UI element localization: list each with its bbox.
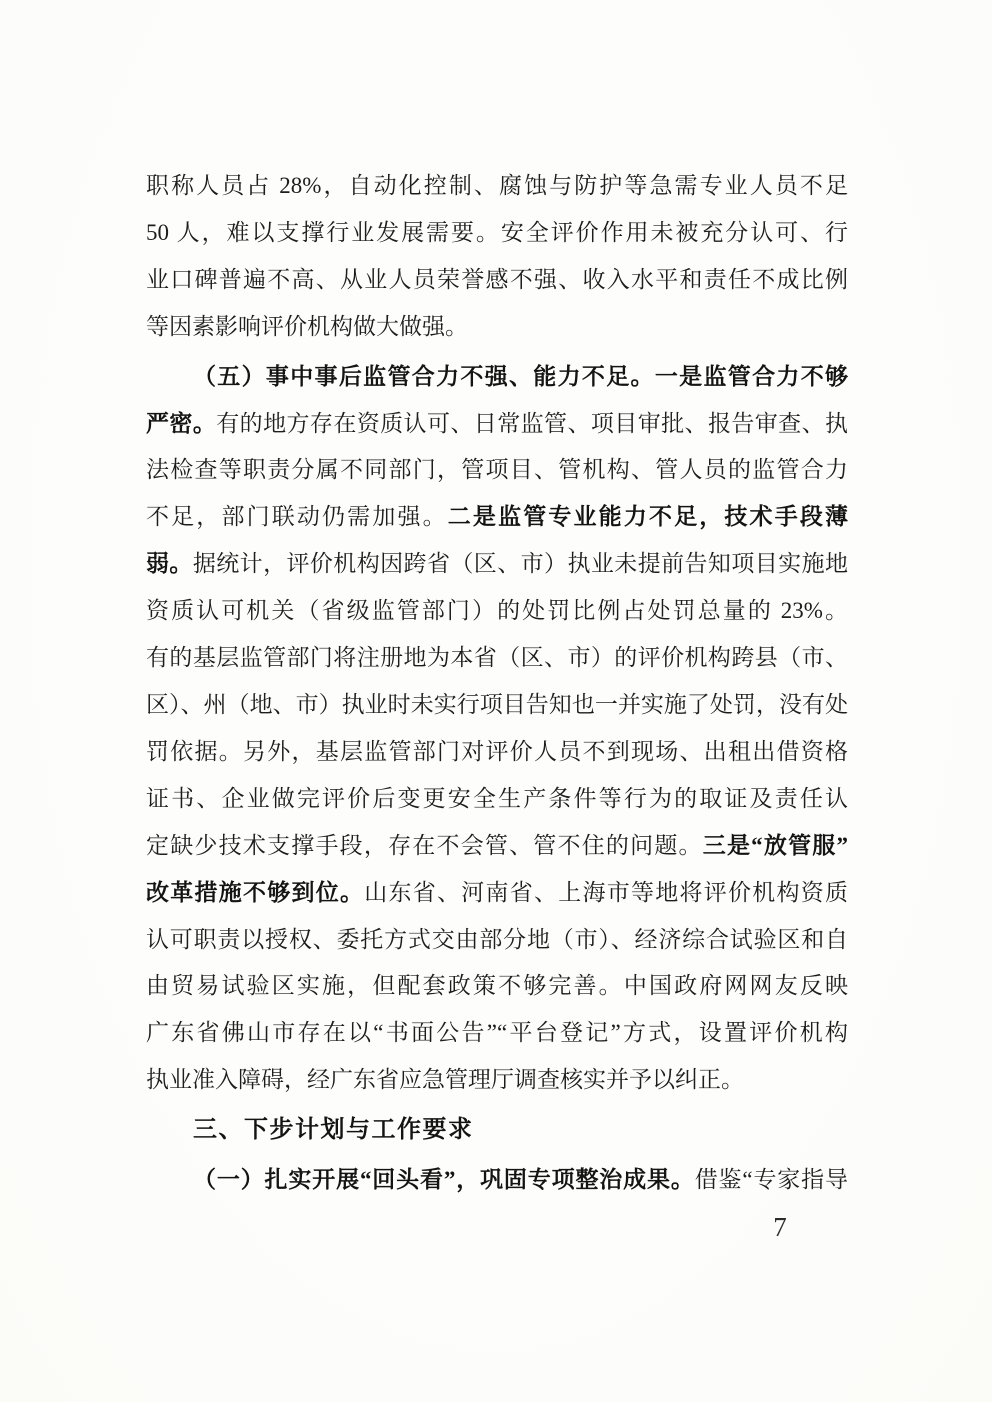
text-line: 等因素影响评价机构做大做强。 (146, 304, 848, 351)
text-line: 严密。有的地方存在资质认可、日常监管、项目审批、报告审查、执 (146, 401, 848, 448)
body-text: 区）、州（地、市）执业时未实行项目告知也一并实施了处罚，没有处 (146, 692, 848, 717)
text-line: 认可职责以授权、委托方式交由部分地（市）、经济综合试验区和自 (146, 917, 848, 964)
emphasis-text: （五）事中事后监管合力不强、能力不足。一是监管合力不够 (193, 364, 848, 389)
text-line: 三、下步计划与工作要求 (146, 1107, 848, 1154)
body-text: 执业准入障碍，经广东省应急管理厅调查核实并予以纠正。 (146, 1067, 744, 1092)
emphasis-text: （一）扎实开展“回头看”，巩固专项整治成果。 (193, 1167, 695, 1192)
emphasis-text: 严密。 (146, 411, 216, 436)
body-text: 50 人，难以支撑行业发展需要。安全评价作用未被充分认可、行 (146, 220, 848, 245)
body-text: 认可职责以授权、委托方式交由部分地（市）、经济综合试验区和自 (146, 927, 848, 952)
body-text: 等因素影响评价机构做大做强。 (146, 314, 468, 339)
text-line: 广东省佛山市存在以“书面公告”“平台登记”方式，设置评价机构 (146, 1010, 848, 1057)
body-text: 由贸易试验区实施，但配套政策不够完善。中国政府网网友反映 (146, 973, 848, 998)
emphasis-text: 三、下步计划与工作要求 (193, 1117, 474, 1143)
text-line: 弱。据统计，评价机构因跨省（区、市）执业未提前告知项目实施地 (146, 541, 848, 588)
text-line: 改革措施不够到位。山东省、河南省、上海市等地将评价机构资质 (146, 870, 848, 917)
body-text: 证书、企业做完评价后变更安全生产条件等行为的取证及责任认 (146, 786, 848, 811)
text-line: 资质认可机关（省级监管部门）的处罚比例占处罚总量的 23%。 (146, 588, 848, 635)
text-line: 罚依据。另外，基层监管部门对评价人员不到现场、出租出借资格 (146, 729, 848, 776)
emphasis-text: 改革措施不够到位。 (146, 880, 364, 905)
text-line: 由贸易试验区实施，但配套政策不够完善。中国政府网网友反映 (146, 963, 848, 1010)
body-text: 有的基层监管部门将注册地为本省（区、市）的评价机构跨县（市、 (146, 645, 848, 670)
text-line: 有的基层监管部门将注册地为本省（区、市）的评价机构跨县（市、 (146, 635, 848, 682)
text-line: 50 人，难以支撑行业发展需要。安全评价作用未被充分认可、行 (146, 210, 848, 257)
body-text: 资质认可机关（省级监管部门）的处罚比例占处罚总量的 23%。 (146, 598, 848, 623)
text-line: 定缺少技术支撑手段，存在不会管、管不住的问题。三是“放管服” (146, 823, 848, 870)
text-line: 业口碑普遍不高、从业人员荣誉感不强、收入水平和责任不成比例 (146, 257, 848, 304)
text-line: 证书、企业做完评价后变更安全生产条件等行为的取证及责任认 (146, 776, 848, 823)
body-text: 法检查等职责分属不同部门，管项目、管机构、管人员的监管合力 (146, 457, 848, 482)
text-line: （五）事中事后监管合力不强、能力不足。一是监管合力不够 (146, 354, 848, 401)
body-text: 广东省佛山市存在以“书面公告”“平台登记”方式，设置评价机构 (146, 1020, 848, 1045)
body-text: 定缺少技术支撑手段，存在不会管、管不住的问题。 (146, 833, 703, 858)
text-line: （一）扎实开展“回头看”，巩固专项整治成果。借鉴“专家指导 (146, 1157, 848, 1204)
para-staffing-shortage: 职称人员占 28%，自动化控制、腐蚀与防护等急需专业人员不足50 人，难以支撑行… (146, 163, 848, 351)
para-item-one: （一）扎实开展“回头看”，巩固专项整治成果。借鉴“专家指导 (146, 1157, 848, 1204)
page-number: 7 (756, 1212, 804, 1243)
emphasis-text: 二是监管专业能力不足，技术手段薄 (448, 504, 848, 529)
emphasis-text: 弱。 (146, 551, 193, 576)
body-text: 业口碑普遍不高、从业人员荣誉感不强、收入水平和责任不成比例 (146, 267, 848, 292)
text-line: 职称人员占 28%，自动化控制、腐蚀与防护等急需专业人员不足 (146, 163, 848, 210)
section-three-heading: 三、下步计划与工作要求 (146, 1107, 848, 1154)
body-text: 借鉴“专家指导 (695, 1167, 848, 1192)
body-text: 职称人员占 28%，自动化控制、腐蚀与防护等急需专业人员不足 (146, 173, 848, 198)
body-text: 不足，部门联动仍需加强。 (146, 504, 448, 529)
text-line: 执业准入障碍，经广东省应急管理厅调查核实并予以纠正。 (146, 1057, 848, 1104)
body-text: 山东省、河南省、上海市等地将评价机构资质 (364, 880, 848, 905)
emphasis-text: 三是“放管服” (703, 833, 848, 858)
document-body: 职称人员占 28%，自动化控制、腐蚀与防护等急需专业人员不足50 人，难以支撑行… (146, 163, 848, 1204)
text-line: 不足，部门联动仍需加强。二是监管专业能力不足，技术手段薄 (146, 494, 848, 541)
body-text: 据统计，评价机构因跨省（区、市）执业未提前告知项目实施地 (193, 551, 848, 576)
text-line: 法检查等职责分属不同部门，管项目、管机构、管人员的监管合力 (146, 447, 848, 494)
body-text: 罚依据。另外，基层监管部门对评价人员不到现场、出租出借资格 (146, 739, 848, 764)
text-line: 区）、州（地、市）执业时未实行项目告知也一并实施了处罚，没有处 (146, 682, 848, 729)
para-section-five: （五）事中事后监管合力不强、能力不足。一是监管合力不够严密。有的地方存在资质认可… (146, 354, 848, 1105)
document-page: 职称人员占 28%，自动化控制、腐蚀与防护等急需专业人员不足50 人，难以支撑行… (0, 0, 992, 1402)
body-text: 有的地方存在资质认可、日常监管、项目审批、报告审查、执 (216, 411, 848, 436)
